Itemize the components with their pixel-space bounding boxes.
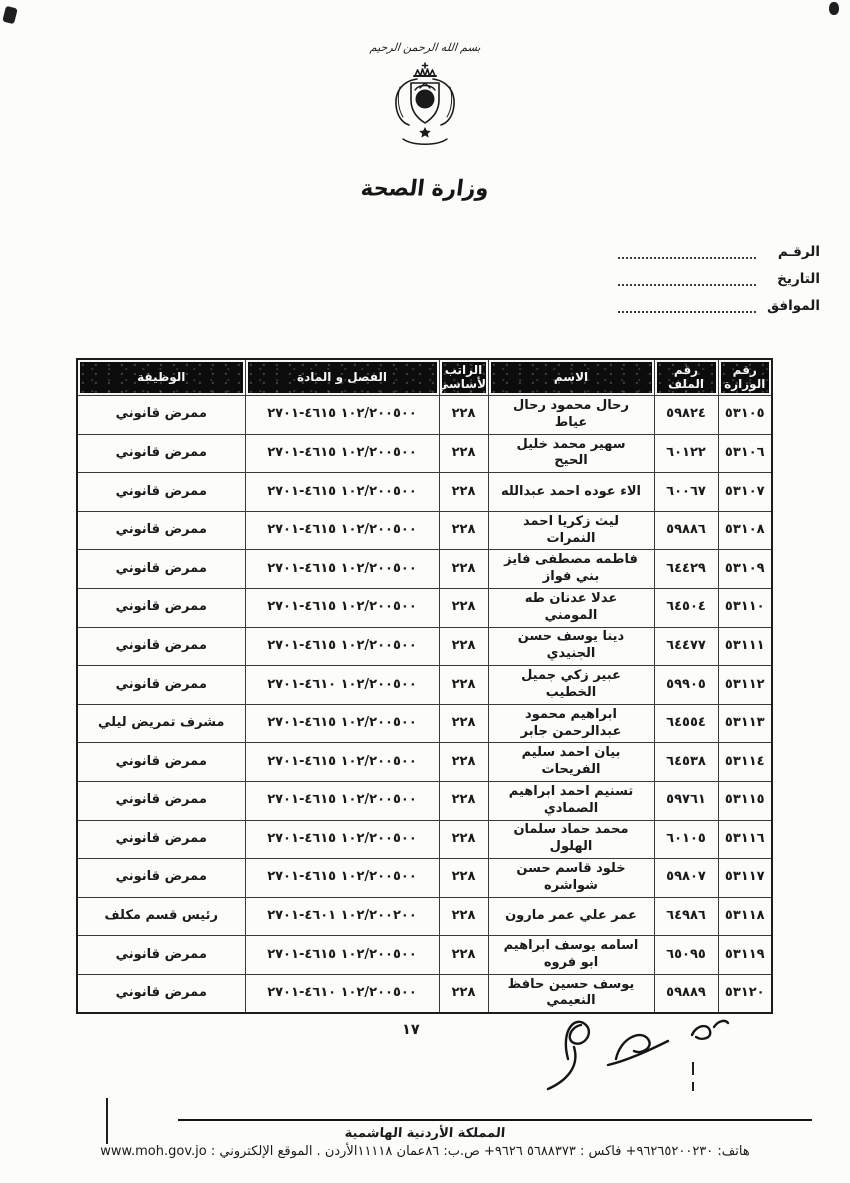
- cell-chapter-article: ١٠٢/٢٠٠٥٠٠ ٤٦١٥-٢٧٠١: [245, 473, 439, 512]
- cell-file-number: ٦٤٩٨٦: [654, 897, 718, 936]
- cell-employee-name: بيان احمد سليم الفريحات: [488, 743, 654, 782]
- cell-ministry-number: ٥٣١١٦: [718, 820, 772, 859]
- cell-file-number: ٥٩٧٦١: [654, 781, 718, 820]
- cell-job-title: ممرض قانوني: [77, 434, 245, 473]
- cell-ministry-number: ٥٣١٠٩: [718, 550, 772, 589]
- table-row: ٥٣١١٧ ٥٩٨٠٧ خلود قاسم حسن شواشره ٢٢٨ ١٠٢…: [77, 859, 772, 898]
- employees-table: رقم الوزارة رقم الملف الاسم الراتب الأسا…: [76, 358, 773, 1014]
- cell-ministry-number: ٥٣١١٠: [718, 588, 772, 627]
- table-row: ٥٣١١٣ ٦٤٥٥٤ ابراهيم محمود عبدالرحمن جابر…: [77, 704, 772, 743]
- cell-file-number: ٦٤٥٣٨: [654, 743, 718, 782]
- cell-chapter-article: ١٠٢/٢٠٠٥٠٠ ٤٦١٥-٢٧٠١: [245, 936, 439, 975]
- cell-employee-name: خلود قاسم حسن شواشره: [488, 859, 654, 898]
- cell-file-number: ٦٤٥٠٤: [654, 588, 718, 627]
- cell-file-number: ٦٤٥٥٤: [654, 704, 718, 743]
- table-row: ٥٣١٠٦ ٦٠١٢٢ سهير محمد خليل الحيح ٢٢٨ ١٠٢…: [77, 434, 772, 473]
- cell-job-title: ممرض قانوني: [77, 473, 245, 512]
- cell-basic-salary: ٢٢٨: [439, 511, 488, 550]
- ref-field-corresponding-label: الموافق: [758, 295, 820, 317]
- cell-basic-salary: ٢٢٨: [439, 588, 488, 627]
- cell-file-number: ٥٩٩٠٥: [654, 666, 718, 705]
- cell-ministry-number: ٥٣١١٤: [718, 743, 772, 782]
- table-header-cell: الاسم: [488, 359, 654, 396]
- cell-employee-name: تسنيم احمد ابراهيم الصمادي: [488, 781, 654, 820]
- table-body: ٥٣١٠٥ ٥٩٨٢٤ رحال محمود رحال عياط ٢٢٨ ١٠٢…: [77, 396, 772, 1014]
- cell-employee-name: عدلا عدنان طه المومني: [488, 588, 654, 627]
- cell-basic-salary: ٢٢٨: [439, 434, 488, 473]
- bismillah-text: بسم الله الرحمن الرحيم: [369, 41, 481, 54]
- cell-job-title: ممرض قانوني: [77, 743, 245, 782]
- cell-chapter-article: ١٠٢/٢٠٠٢٠٠ ٤٦٠١-٢٧٠١: [245, 897, 439, 936]
- cell-ministry-number: ٥٣١٠٦: [718, 434, 772, 473]
- cell-basic-salary: ٢٢٨: [439, 666, 488, 705]
- table-header-cell: رقم الملف: [654, 359, 718, 396]
- ref-field-date-dotted-line: [618, 272, 756, 286]
- cell-chapter-article: ١٠٢/٢٠٠٥٠٠ ٤٦١٥-٢٧٠١: [245, 588, 439, 627]
- ref-field-corresponding: الموافق: [590, 294, 820, 321]
- ref-field-date-label: التاريخ: [758, 268, 820, 290]
- cell-job-title: رئيس قسم مكلف: [77, 897, 245, 936]
- handwritten-signature: [522, 1003, 746, 1091]
- cell-basic-salary: ٢٢٨: [439, 897, 488, 936]
- cell-basic-salary: ٢٢٨: [439, 550, 488, 589]
- cell-job-title: ممرض قانوني: [77, 974, 245, 1013]
- cell-job-title: مشرف تمريض ليلي: [77, 704, 245, 743]
- table-header-cell: الوظيفة: [77, 359, 245, 396]
- cell-basic-salary: ٢٢٨: [439, 820, 488, 859]
- cell-basic-salary: ٢٢٨: [439, 781, 488, 820]
- cell-chapter-article: ١٠٢/٢٠٠٥٠٠ ٤٦١٠-٢٧٠١: [245, 666, 439, 705]
- ref-field-date: التاريخ: [590, 267, 820, 294]
- cell-basic-salary: ٢٢٨: [439, 473, 488, 512]
- table-row: ٥٣١١٥ ٥٩٧٦١ تسنيم احمد ابراهيم الصمادي ٢…: [77, 781, 772, 820]
- cell-job-title: ممرض قانوني: [77, 511, 245, 550]
- cell-chapter-article: ١٠٢/٢٠٠٥٠٠ ٤٦١٥-٢٧٠١: [245, 511, 439, 550]
- cell-ministry-number: ٥٣١١٧: [718, 859, 772, 898]
- cell-chapter-article: ١٠٢/٢٠٠٥٠٠ ٤٦١٥-٢٧٠١: [245, 704, 439, 743]
- scan-artifact-top-right: [829, 2, 839, 15]
- table-header-cell: الفصل و المادة: [245, 359, 439, 396]
- cell-ministry-number: ٥٣١١١: [718, 627, 772, 666]
- ministry-title: وزارة الصحة: [360, 175, 491, 200]
- cell-job-title: ممرض قانوني: [77, 820, 245, 859]
- cell-job-title: ممرض قانوني: [77, 936, 245, 975]
- cell-basic-salary: ٢٢٨: [439, 743, 488, 782]
- table-row: ٥٣١١٢ ٥٩٩٠٥ عبير زكي جميل الخطيب ٢٢٨ ١٠٢…: [77, 666, 772, 705]
- cell-chapter-article: ١٠٢/٢٠٠٥٠٠ ٤٦١٠-٢٧٠١: [245, 974, 439, 1013]
- table-row: ٥٣١١٩ ٦٥٠٩٥ اسامه يوسف ابراهيم ابو فروه …: [77, 936, 772, 975]
- table-row: ٥٣١١٨ ٦٤٩٨٦ عمر علي عمر مارون ٢٢٨ ١٠٢/٢٠…: [77, 897, 772, 936]
- cell-chapter-article: ١٠٢/٢٠٠٥٠٠ ٤٦١٥-٢٧٠١: [245, 627, 439, 666]
- table-row: ٥٣١١٤ ٦٤٥٣٨ بيان احمد سليم الفريحات ٢٢٨ …: [77, 743, 772, 782]
- cell-employee-name: سهير محمد خليل الحيح: [488, 434, 654, 473]
- scan-artifact-top-left: [2, 6, 18, 24]
- cell-employee-name: اسامه يوسف ابراهيم ابو فروه: [488, 936, 654, 975]
- cell-file-number: ٦٥٠٩٥: [654, 936, 718, 975]
- table-row: ٥٣١٠٧ ٦٠٠٦٧ الاء عوده احمد عبدالله ٢٢٨ ١…: [77, 473, 772, 512]
- cell-job-title: ممرض قانوني: [77, 781, 245, 820]
- cell-employee-name: دينا يوسف حسن الجنيدي: [488, 627, 654, 666]
- cell-chapter-article: ١٠٢/٢٠٠٥٠٠ ٤٦١٥-٢٧٠١: [245, 396, 439, 435]
- cell-ministry-number: ٥٣١١٨: [718, 897, 772, 936]
- cell-file-number: ٦٤٤٢٩: [654, 550, 718, 589]
- footer-kingdom-title: المملكة الأردنية الهاشمية: [0, 1126, 850, 1141]
- cell-basic-salary: ٢٢٨: [439, 974, 488, 1013]
- cell-ministry-number: ٥٣١١٥: [718, 781, 772, 820]
- cell-job-title: ممرض قانوني: [77, 396, 245, 435]
- table-row: ٥٣١١٠ ٦٤٥٠٤ عدلا عدنان طه المومني ٢٢٨ ١٠…: [77, 588, 772, 627]
- table-header-cell: رقم الوزارة: [718, 359, 772, 396]
- cell-file-number: ٥٩٨٢٤: [654, 396, 718, 435]
- ref-field-number: الرقـم: [590, 240, 820, 267]
- cell-file-number: ٦٤٤٧٧: [654, 627, 718, 666]
- table-row: ٥٣١٠٩ ٦٤٤٢٩ فاطمه مصطفى فايز بني فواز ٢٢…: [77, 550, 772, 589]
- cell-chapter-article: ١٠٢/٢٠٠٥٠٠ ٤٦١٥-٢٧٠١: [245, 743, 439, 782]
- cell-job-title: ممرض قانوني: [77, 588, 245, 627]
- cell-ministry-number: ٥٣١١٣: [718, 704, 772, 743]
- cell-file-number: ٦٠١٢٢: [654, 434, 718, 473]
- table-row: ٥٣١٠٨ ٥٩٨٨٦ ليث زكريا احمد النمرات ٢٢٨ ١…: [77, 511, 772, 550]
- cell-chapter-article: ١٠٢/٢٠٠٥٠٠ ٤٦١٥-٢٧٠١: [245, 434, 439, 473]
- cell-employee-name: عبير زكي جميل الخطيب: [488, 666, 654, 705]
- table-row: ٥٣١١١ ٦٤٤٧٧ دينا يوسف حسن الجنيدي ٢٢٨ ١٠…: [77, 627, 772, 666]
- cell-chapter-article: ١٠٢/٢٠٠٥٠٠ ٤٦١٥-٢٧٠١: [245, 859, 439, 898]
- cell-basic-salary: ٢٢٨: [439, 627, 488, 666]
- footer-divider: [178, 1119, 812, 1121]
- cell-basic-salary: ٢٢٨: [439, 704, 488, 743]
- cell-job-title: ممرض قانوني: [77, 550, 245, 589]
- cell-ministry-number: ٥٣١١٢: [718, 666, 772, 705]
- cell-ministry-number: ٥٣١١٩: [718, 936, 772, 975]
- cell-ministry-number: ٥٣١٠٨: [718, 511, 772, 550]
- cell-file-number: ٦٠٠٦٧: [654, 473, 718, 512]
- cell-basic-salary: ٢٢٨: [439, 396, 488, 435]
- page-number: ١٧: [402, 1022, 420, 1038]
- cell-chapter-article: ١٠٢/٢٠٠٥٠٠ ٤٦١٥-٢٧٠١: [245, 781, 439, 820]
- reference-fields: الرقـم التاريخ الموافق: [590, 240, 820, 321]
- cell-chapter-article: ١٠٢/٢٠٠٥٠٠ ٤٦١٥-٢٧٠١: [245, 550, 439, 589]
- ref-field-number-dotted-line: [618, 245, 756, 259]
- cell-employee-name: ابراهيم محمود عبدالرحمن جابر: [488, 704, 654, 743]
- footer-contact-line: هاتف: ٩٦٢٦٥٢٠٠٢٣٠+ فاكس : ٩٦٢٦ ٥٦٨٨٣٧٣+ …: [0, 1144, 850, 1159]
- cell-employee-name: عمر علي عمر مارون: [488, 897, 654, 936]
- scanned-document-page: بسم الله الرحمن الرحيم وزارة الصحة الرقـ…: [0, 0, 850, 1183]
- cell-job-title: ممرض قانوني: [77, 859, 245, 898]
- cell-job-title: ممرض قانوني: [77, 627, 245, 666]
- jordan-coat-of-arms-icon: [373, 59, 477, 155]
- cell-employee-name: فاطمه مصطفى فايز بني فواز: [488, 550, 654, 589]
- letterhead: بسم الله الرحمن الرحيم وزارة الصحة: [0, 36, 850, 200]
- cell-file-number: ٥٩٨٨٦: [654, 511, 718, 550]
- cell-ministry-number: ٥٣١٠٥: [718, 396, 772, 435]
- cell-file-number: ٦٠١٠٥: [654, 820, 718, 859]
- cell-basic-salary: ٢٢٨: [439, 859, 488, 898]
- table-header-row: رقم الوزارة رقم الملف الاسم الراتب الأسا…: [77, 359, 772, 396]
- cell-employee-name: رحال محمود رحال عياط: [488, 396, 654, 435]
- table-header-cell: الراتب الأساسي: [439, 359, 488, 396]
- table-row: ٥٣١٠٥ ٥٩٨٢٤ رحال محمود رحال عياط ٢٢٨ ١٠٢…: [77, 396, 772, 435]
- cell-basic-salary: ٢٢٨: [439, 936, 488, 975]
- cell-file-number: ٥٩٨٠٧: [654, 859, 718, 898]
- table-row: ٥٣١١٦ ٦٠١٠٥ محمد حماد سلمان الهلول ٢٢٨ ١…: [77, 820, 772, 859]
- cell-job-title: ممرض قانوني: [77, 666, 245, 705]
- cell-employee-name: محمد حماد سلمان الهلول: [488, 820, 654, 859]
- ref-field-number-label: الرقـم: [758, 241, 820, 263]
- cell-chapter-article: ١٠٢/٢٠٠٥٠٠ ٤٦١٥-٢٧٠١: [245, 820, 439, 859]
- cell-ministry-number: ٥٣١٠٧: [718, 473, 772, 512]
- ref-field-corresponding-dotted-line: [618, 299, 756, 313]
- cell-employee-name: الاء عوده احمد عبدالله: [488, 473, 654, 512]
- cell-employee-name: ليث زكريا احمد النمرات: [488, 511, 654, 550]
